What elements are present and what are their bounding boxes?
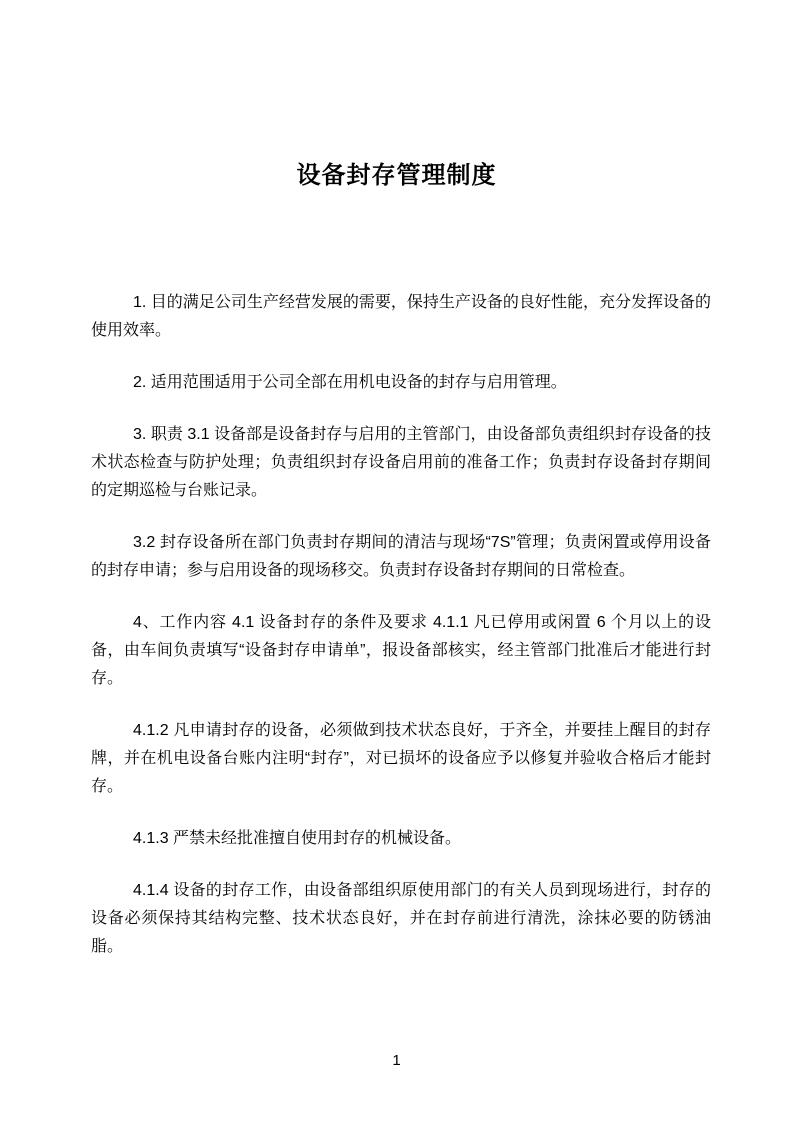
paragraph-work-content-4-1-4: 4.1.4 设备的封存工作，由设备部组织原使用部门的有关人员到现场进行，封存的设… (91, 877, 711, 961)
paragraph-purpose: 1. 目的满足公司生产经营发展的需要，保持生产设备的良好性能，充分发挥设备的使用… (91, 289, 711, 345)
page-number: 1 (0, 1050, 793, 1072)
paragraph-scope: 2. 适用范围适用于公司全部在用机电设备的封存与启用管理。 (91, 369, 711, 397)
document-body: 1. 目的满足公司生产经营发展的需要，保持生产设备的良好性能，充分发挥设备的使用… (91, 289, 711, 985)
paragraph-responsibility-3-1: 3. 职责 3.1 设备部是设备封存与启用的主管部门，由设备部负责组织封存设备的… (91, 421, 711, 505)
paragraph-work-content-4-1-3: 4.1.3 严禁未经批准擅自使用封存的机械设备。 (91, 825, 711, 853)
paragraph-work-content-4-1-1: 4、工作内容 4.1 设备封存的条件及要求 4.1.1 凡已停用或闲置 6 个月… (91, 609, 711, 693)
paragraph-work-content-4-1-2: 4.1.2 凡申请封存的设备，必须做到技术状态良好，于齐全，并要挂上醒目的封存牌… (91, 717, 711, 801)
document-title: 设备封存管理制度 (0, 155, 793, 190)
document-page: 设备封存管理制度 1. 目的满足公司生产经营发展的需要，保持生产设备的良好性能，… (0, 0, 793, 1122)
paragraph-responsibility-3-2: 3.2 封存设备所在部门负责封存期间的清洁与现场“7S”管理；负责闲置或停用设备… (91, 529, 711, 585)
